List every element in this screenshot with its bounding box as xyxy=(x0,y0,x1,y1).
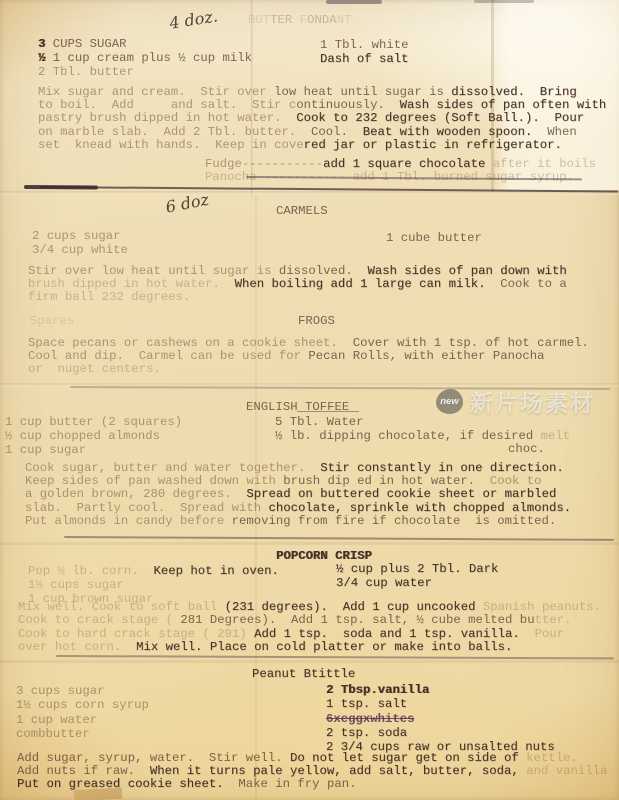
typed-segment: 1½ cups sugar xyxy=(28,578,124,592)
typed-segment: firm ball 232 degrees. xyxy=(28,290,190,304)
fold-crease-horizontal-3 xyxy=(0,542,619,545)
typed-segment: chocolate, sprinkle with chopped almonds… xyxy=(269,501,572,515)
typed-segment: Keep hot in oven. xyxy=(153,564,278,578)
typed-segment: over hot corn. xyxy=(18,640,136,654)
typed-segment: removing from fire if chocolate is omitt… xyxy=(232,514,557,528)
typed-segment: or nuget centers. xyxy=(28,362,161,376)
typed-segment: Add 1 tsp. soda and 1 tsp. vanilla. xyxy=(254,627,534,641)
typed-line: 1 tsp. salt xyxy=(326,697,555,711)
typed-segment: 2 cups sugar xyxy=(32,229,121,243)
carmels-ingredients-left: 2 cups sugar3/4 cup white xyxy=(32,229,128,257)
typed-segment: tter. xyxy=(535,613,572,627)
typed-segment: When boiling add 1 large can milk. xyxy=(235,277,486,291)
typed-line: 1½ cups sugar xyxy=(28,578,279,592)
typed-segment: 281 Degrees). Add 1 tsp. salt, ½ cube me… xyxy=(180,613,534,627)
typed-segment: Peanut Btittle xyxy=(252,667,355,681)
typed-line: ½ lb. dipping chocolate, if desired melt xyxy=(275,429,570,443)
typed-segment: 1 cup butter (2 squares) xyxy=(5,415,182,429)
toffee-ingredients-right: 5 Tbl. Water½ lb. dipping chocolate, if … xyxy=(275,415,570,443)
typed-segment: Mix well. Place on cold platter or make … xyxy=(136,640,512,654)
toffee-ingredients-left: 1 cup butter (2 squares)½ cup chopped al… xyxy=(5,415,182,457)
typed-line: 3 cups sugar xyxy=(16,684,149,698)
typed-segment: F xyxy=(300,13,307,27)
frogs-title: FROGS xyxy=(298,315,335,328)
frogs-side-label: Spares xyxy=(30,315,74,328)
typed-line: over hot corn. Mix well. Place on cold p… xyxy=(18,641,601,654)
typed-line: 3/4 cup water xyxy=(336,576,498,590)
carmels-title: CARMELS xyxy=(276,205,328,218)
typed-line: Put on greased cookie sheet. Make in fry… xyxy=(17,778,607,791)
typed-line: Spares xyxy=(30,315,74,328)
typed-line: Mix well. Cook to soft ball (231 degrees… xyxy=(18,601,601,614)
typed-segment: Add sugar, syrup, water. Stir well. xyxy=(17,751,290,765)
typed-segment: red jar or plastic in refrigerator. xyxy=(304,138,562,152)
typed-segment: CARMELS xyxy=(276,204,328,218)
typed-segment: low heat until sugar is xyxy=(274,85,451,99)
toffee-ingredients-right-wrap: choc. xyxy=(508,443,545,456)
typed-segment: dissolved. Bring xyxy=(451,85,576,99)
typed-segment: 3/4 cup water xyxy=(336,576,432,590)
pen-line-3 xyxy=(64,536,614,541)
typed-segment: 5 Tbl. Water xyxy=(275,415,364,429)
typed-line: choc. xyxy=(508,443,545,456)
typed-segment: on marble slab. Add 2 Tbl. butter. xyxy=(38,125,311,139)
typed-segment: Pour xyxy=(535,627,565,641)
typed-line: set knead with hands. Keep in covered ja… xyxy=(38,139,606,152)
toffee-title: ENGLISH TOFFEE xyxy=(246,401,349,414)
typed-line: Peanut Btittle xyxy=(252,668,355,681)
typed-segment: ½ cup plus 2 Tbl. Dark xyxy=(336,562,498,576)
typed-segment: 2 Tbl. butter xyxy=(38,65,134,79)
typed-segment: 2 tsp. soda xyxy=(326,726,407,740)
smudge-top-2 xyxy=(474,0,534,3)
typed-segment: Cook to a xyxy=(486,277,567,291)
typed-line: ENGLISH TOFFEE xyxy=(246,401,349,414)
typed-segment: ONDA xyxy=(307,13,337,27)
typed-line: FROGS xyxy=(298,315,335,328)
typed-segment: 1 Tbl. white xyxy=(320,38,409,52)
typed-segment: Cool and dip. Carmel can be used for xyxy=(28,349,308,363)
typed-segment: Mix well. Cook to soft ball xyxy=(18,600,225,614)
typed-segment: Do not let sugar get on side of xyxy=(290,751,526,765)
typed-segment: Stir constantly in one direction. xyxy=(320,461,564,475)
typed-segment: dissolved. xyxy=(279,264,353,278)
typed-segment: set knead with hands. Keep in cove xyxy=(38,138,304,152)
typed-segment: TER xyxy=(270,13,300,27)
fondant-ingredients-right: 1 Tbl. whiteDash of salt xyxy=(320,39,409,66)
typed-segment: Keep sides of pan washed down with xyxy=(25,474,283,488)
popcorn-ingredients-right: ½ cup plus 2 Tbl. Dark3/4 cup water xyxy=(336,562,498,590)
typed-line: firm ball 232 degrees. xyxy=(28,291,567,304)
frogs-directions: Space pecans or cashews on a cookie shee… xyxy=(28,337,589,376)
typed-segment: 1 cup water xyxy=(16,713,97,727)
brittle-directions: Add sugar, syrup, water. Stir well. Do n… xyxy=(17,752,607,792)
typed-segment: 2 Tbsp.vanilla xyxy=(326,683,429,697)
typed-segment: Add nuts if raw. xyxy=(17,764,150,778)
typed-segment: 3 cups sugar xyxy=(16,684,105,698)
typed-segment: Beat with wooden spoon. xyxy=(363,125,547,139)
brittle-ingredients-right: 2 Tbsp.vanilla1 tsp. salt6xeggxwhites2 t… xyxy=(326,683,555,754)
fold-crease-horizontal-4 xyxy=(0,660,619,663)
typed-line: combbutter xyxy=(16,727,149,741)
typed-segment: Spares xyxy=(30,314,74,328)
fondant-directions: Mix sugar and cream. Stir over low heat … xyxy=(38,86,606,152)
typed-segment: Pop ½ lb. corn. xyxy=(28,564,153,578)
typed-segment: Fudge----------- xyxy=(205,157,323,171)
typed-segment: 1 cube butter xyxy=(386,231,482,245)
typed-line: 6xeggxwhites xyxy=(326,712,555,726)
typed-segment: add 1 square chocolate xyxy=(323,157,493,171)
typed-line: Put almonds in candy before removing fro… xyxy=(25,515,571,528)
typed-segment: NT xyxy=(337,13,352,27)
pen-line-4 xyxy=(56,655,614,659)
typed-line: 1 cup water xyxy=(16,713,149,727)
typed-line: or nuget centers. xyxy=(28,363,589,376)
typed-segment: pastry brush dipped in hot water. xyxy=(38,111,296,125)
typed-line: 2 Tbl. butter xyxy=(38,65,252,79)
typed-segment: Cook to hard crack stage ( 291) xyxy=(18,627,254,641)
typed-line: BUTTER FONDANT xyxy=(248,14,351,27)
typed-segment: melt xyxy=(541,429,571,443)
typed-segment: a golden brown, 280 degrees. xyxy=(25,487,246,501)
typed-line: Cook to crack stage ( 281 Degrees). Add … xyxy=(18,614,601,627)
typed-segment: Stir over low heat until sugar is xyxy=(28,264,279,278)
typed-segment: and vanilla xyxy=(526,764,607,778)
typed-line: Pop ½ lb. corn. Keep hot in oven. xyxy=(28,564,279,578)
typed-segment: 1 cup sugar xyxy=(5,443,86,457)
popcorn-directions: Mix well. Cook to soft ball (231 degrees… xyxy=(18,601,601,654)
typed-segment: slab. Partly cool. Spread with xyxy=(25,501,269,515)
typed-segment: Spread on buttered cookie sheet or marbl… xyxy=(246,487,556,501)
typed-segment: When it turns pale yellow, add salt, but… xyxy=(150,764,526,778)
typed-segment: 1½ cups corn syrup xyxy=(16,698,149,712)
brittle-ingredients-left: 3 cups sugar1½ cups corn syrup1 cup wate… xyxy=(16,684,149,741)
typed-segment: Cook to 232 degrees (Soft Ball.). Pour xyxy=(296,111,584,125)
typed-segment: When xyxy=(547,125,577,139)
typed-line: 1 cup sugar xyxy=(5,443,182,457)
stock-watermark: new 新片场素材 xyxy=(436,385,595,418)
typed-segment: Pecan Rolls, with either Panocha xyxy=(308,349,544,363)
typed-segment: Put on greased cookie sheet. xyxy=(17,777,238,791)
typed-line: CARMELS xyxy=(276,205,328,218)
typed-line: 1 cup butter (2 squares) xyxy=(5,415,182,429)
typed-segment: Space pecans or cashews on a cookie shee… xyxy=(28,336,353,350)
typed-line: 1½ cups corn syrup xyxy=(16,698,149,712)
typed-segment: kettle. xyxy=(526,751,578,765)
watermark-logo-icon: new xyxy=(436,389,463,414)
typed-segment: Put almonds in candy before xyxy=(25,514,232,528)
typed-line: ½ cup plus 2 Tbl. Dark xyxy=(336,562,498,576)
typed-segment: ½ lb. dipping chocolate, if desired xyxy=(275,429,541,443)
typed-segment: ½ cup chopped almonds xyxy=(5,429,160,443)
typed-segment: after it boils xyxy=(493,157,596,171)
watermark-label: 新片场素材 xyxy=(470,385,595,418)
typed-segment: Cook to xyxy=(490,474,542,488)
fondant-variations: Fudge-----------add 1 square chocolate a… xyxy=(205,158,596,184)
typed-segment: Make in fry pan. xyxy=(238,777,356,791)
typed-line: Cook to hard crack stage ( 291) Add 1 ts… xyxy=(18,628,601,641)
typed-segment: Dash of salt xyxy=(320,52,409,66)
carmels-directions: Stir over low heat until sugar is dissol… xyxy=(28,265,567,305)
typed-line: ½ cup chopped almonds xyxy=(5,429,182,443)
typed-line: 3/4 cup white xyxy=(32,243,128,257)
typed-segment: brush dip ed in hot water. xyxy=(283,474,490,488)
typed-line: 2 cups sugar xyxy=(32,229,128,243)
toffee-directions: Cook sugar, butter and water together. S… xyxy=(25,462,571,528)
typed-line: Dash of salt xyxy=(320,53,409,67)
typed-segment: Cook to crack stage ( xyxy=(18,613,180,627)
typed-segment: Cook sugar, butter and water together. xyxy=(25,461,320,475)
typed-segment: Cover with 1 tsp. of hot carmel. xyxy=(353,336,589,350)
typed-segment: 1 cup cream plus ½ cup milk xyxy=(45,51,252,65)
typed-line: ½ 1 cup cream plus ½ cup milk xyxy=(38,51,252,65)
typed-segment: Wash sides of pan often with xyxy=(400,98,607,112)
typed-segment: FROGS xyxy=(298,314,335,328)
typed-line: 2 tsp. soda xyxy=(326,726,555,740)
handwritten-note: 6 doz xyxy=(164,190,210,217)
typed-segment: POPCORN CRISP xyxy=(276,549,372,563)
typed-segment: Cool. xyxy=(311,125,363,139)
typed-segment: 1 tsp. salt xyxy=(326,697,407,711)
typed-line: 2 Tbsp.vanilla xyxy=(326,683,555,697)
typed-segment: combbutter xyxy=(16,727,90,741)
pen-line-1 xyxy=(40,186,618,193)
typed-segment: CUPS SUGAR xyxy=(45,37,126,51)
brittle-title: Peanut Btittle xyxy=(252,668,355,681)
typed-segment: brush dipped in hot water. xyxy=(28,277,235,291)
fondant-title: BUTTER FONDANT xyxy=(248,14,351,27)
carmels-ingredients-right: 1 cube butter xyxy=(386,232,482,245)
typed-segment: choc. xyxy=(508,442,545,456)
typed-segment: 3/4 cup white xyxy=(32,243,128,257)
recipe-sheet-photo: new 新片场素材 BUTTER FONDANT3 CUPS SUGAR½ 1 … xyxy=(0,0,619,800)
typed-segment: Wash sides of pan down with xyxy=(353,264,567,278)
typed-segment: Spanish peanuts. xyxy=(483,600,601,614)
typed-segment: to boil. Add and salt. Stir c xyxy=(38,98,296,112)
fondant-ingredients-left: 3 CUPS SUGAR½ 1 cup cream plus ½ cup mil… xyxy=(38,37,252,79)
typed-segment: Mix sugar and cream. Stir over xyxy=(38,85,274,99)
typed-segment: 6xeggxwhites xyxy=(326,712,415,726)
handwritten-note: 4 doz. xyxy=(168,6,219,32)
typed-line: 3 CUPS SUGAR xyxy=(38,37,252,51)
toffee-title-underline xyxy=(297,411,359,412)
typed-line: 1 Tbl. white xyxy=(320,39,409,53)
typed-line: 1 cube butter xyxy=(386,232,482,245)
typed-segment: ontinuously. xyxy=(296,98,399,112)
smudge-top-1 xyxy=(326,0,382,4)
typed-segment: (231 degrees). Add 1 cup uncooked xyxy=(225,600,483,614)
typed-segment: BUT xyxy=(248,13,270,27)
